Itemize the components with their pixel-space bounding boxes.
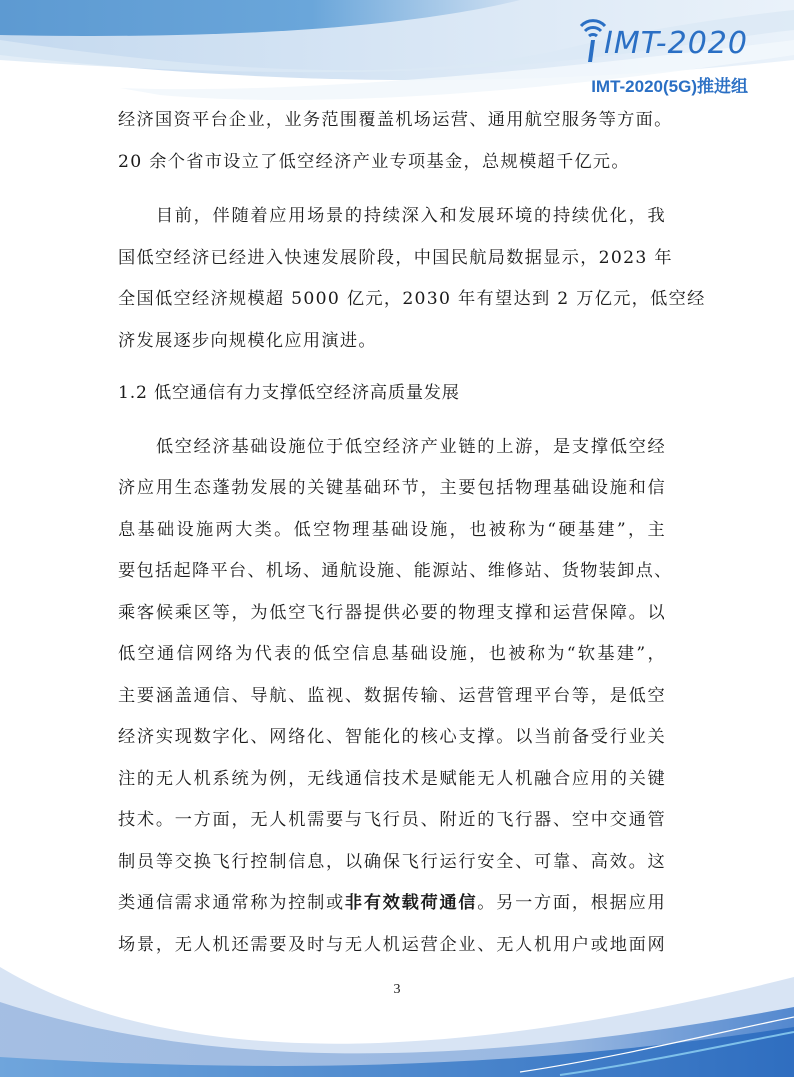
page-number: 3	[0, 982, 794, 998]
text-line: 低空经济基础设施位于低空经济产业链的上游，是支撑低空经	[118, 427, 666, 469]
footer-wave-decoration	[0, 947, 794, 1077]
text-line: 技术。一方面，无人机需要与飞行员、附近的飞行器、空中交通管	[118, 800, 666, 842]
text-line: 主要涵盖通信、导航、监视、数据传输、运营管理平台等，是低空	[118, 676, 666, 718]
text-line: 济应用生态蓬勃发展的关键基础环节，主要包括物理基础设施和信	[118, 468, 666, 510]
text-segment: 。另一方面，根据应用	[477, 893, 666, 913]
logo-title: IMT-2020	[604, 26, 748, 61]
text-line: 济发展逐步向规模化应用演进。	[118, 321, 666, 363]
paragraph: 目前，伴随着应用场景的持续深入和发展环境的持续优化，我 国低空经济已经进入快速发…	[118, 196, 666, 362]
text-line: 息基础设施两大类。低空物理基础设施，也被称为“硬基建”，主	[118, 510, 666, 552]
text-line: 制员等交换飞行控制信息，以确保飞行运行安全、可靠、高效。这	[118, 842, 666, 884]
bold-term: 非有效载荷通信	[345, 893, 477, 913]
text-line: 注的无人机系统为例，无线通信技术是赋能无人机融合应用的关键	[118, 759, 666, 801]
text-segment: 类通信需求通常称为控制或	[118, 893, 345, 913]
text-line-with-bold: 类通信需求通常称为控制或非有效载荷通信。另一方面，根据应用	[118, 883, 666, 925]
paragraph: 低空经济基础设施位于低空经济产业链的上游，是支撑低空经 济应用生态蓬勃发展的关键…	[118, 427, 666, 967]
text-line: 目前，伴随着应用场景的持续深入和发展环境的持续优化，我	[118, 196, 666, 238]
paragraph: 经济国资平台企业，业务范围覆盖机场运营、通用航空服务等方面。 20 余个省市设立…	[118, 100, 666, 183]
text-line: 经济国资平台企业，业务范围覆盖机场运营、通用航空服务等方面。	[118, 100, 666, 142]
imt2020-logo: IMT-2020 IMT-2020(5G)推进组	[578, 12, 748, 97]
text-line: 经济实现数字化、网络化、智能化的核心支撑。以当前备受行业关	[118, 717, 666, 759]
text-line: 全国低空经济规模超 5000 亿元，2030 年有望达到 2 万亿元，低空经	[118, 279, 666, 321]
text-line: 乘客候乘区等，为低空飞行器提供必要的物理支撑和运营保障。以	[118, 593, 666, 635]
section-heading: 1.2 低空通信有力支撑低空经济高质量发展	[118, 373, 666, 415]
text-line: 要包括起降平台、机场、通航设施、能源站、维修站、货物装卸点、	[118, 551, 666, 593]
text-line: 场景，无人机还需要及时与无人机运营企业、无人机用户或地面网	[118, 925, 666, 967]
text-line: 20 余个省市设立了低空经济产业专项基金，总规模超千亿元。	[118, 142, 666, 184]
text-line: 国低空经济已经进入快速发展阶段，中国民航局数据显示，2023 年	[118, 238, 666, 280]
document-body: 经济国资平台企业，业务范围覆盖机场运营、通用航空服务等方面。 20 余个省市设立…	[118, 100, 666, 966]
text-line: 低空通信网络为代表的低空信息基础设施，也被称为“软基建”，	[118, 634, 666, 676]
logo-subtitle: IMT-2020(5G)推进组	[591, 72, 748, 97]
